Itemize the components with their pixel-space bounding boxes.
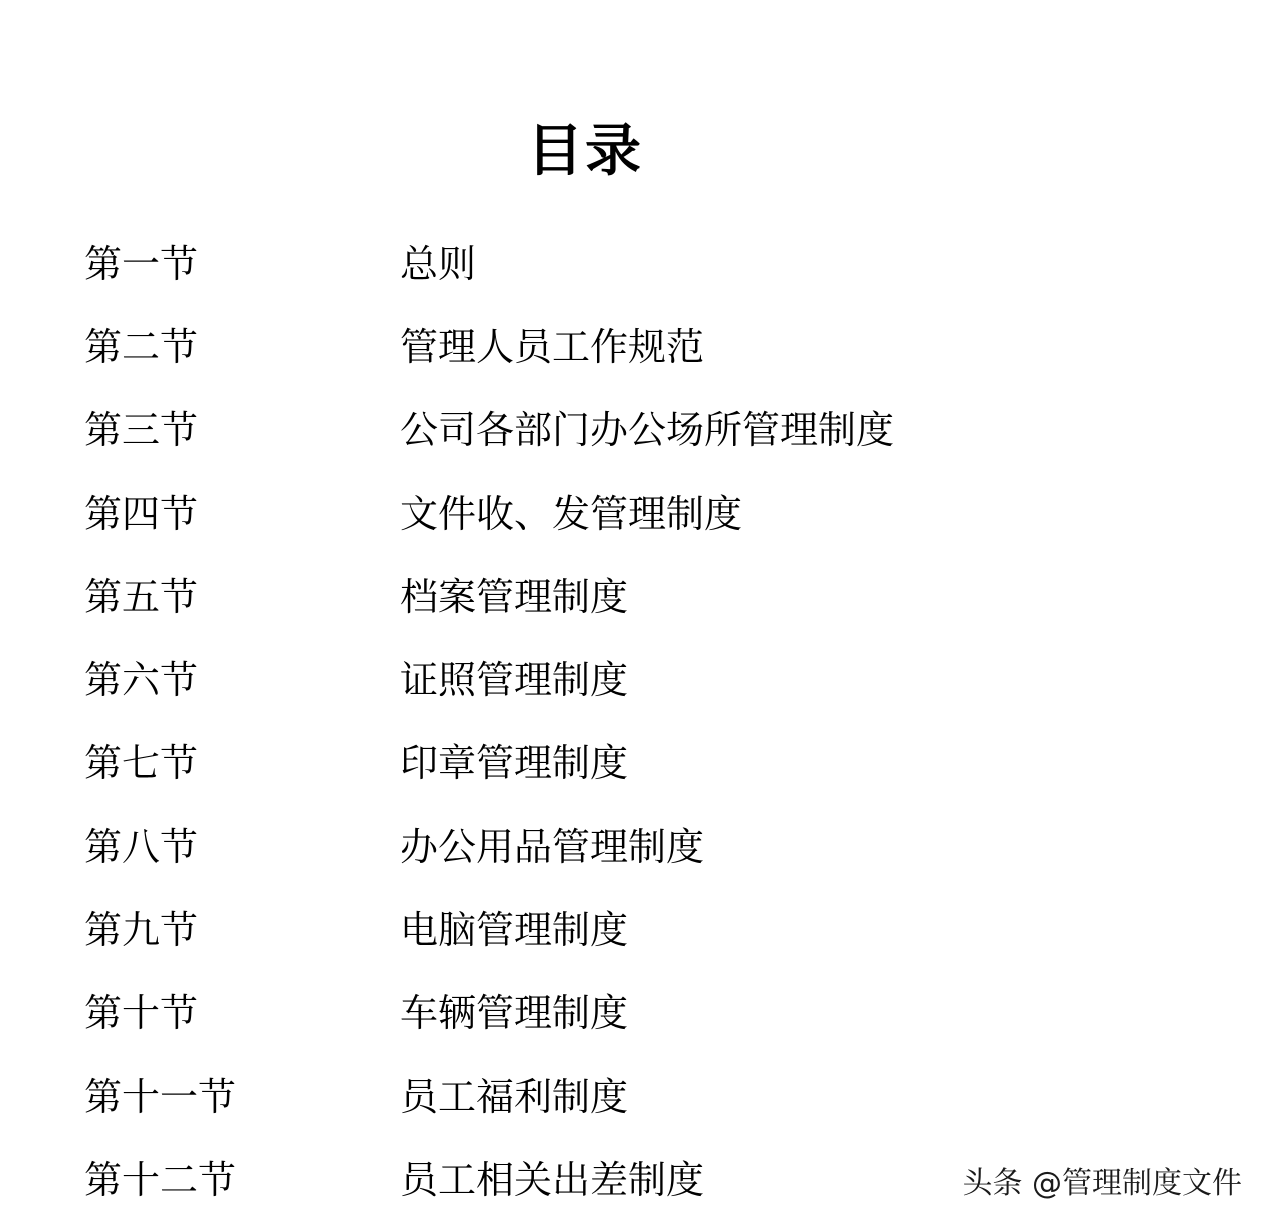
toc-entry: 第七节 印章管理制度 <box>84 722 1084 805</box>
document-page: 目录 第一节 总则 第二节 管理人员工作规范 第三节 公司各部门办公场所管理制度… <box>0 0 1272 1229</box>
page-title: 目录 <box>0 116 1170 186</box>
toc-section-number: 第八节 <box>84 822 400 872</box>
toc-entry: 第六节 证照管理制度 <box>84 638 1084 721</box>
toc-entry: 第八节 办公用品管理制度 <box>84 805 1084 888</box>
toc-entry: 第九节 电脑管理制度 <box>84 888 1084 971</box>
toc-section-number: 第一节 <box>84 239 400 289</box>
toc-section-title: 文件收、发管理制度 <box>400 489 742 539</box>
toc-section-title: 车辆管理制度 <box>400 988 628 1038</box>
toc-entry: 第十节 车辆管理制度 <box>84 972 1084 1055</box>
toc-section-number: 第十二节 <box>84 1155 400 1205</box>
toc-section-title: 员工相关出差制度 <box>400 1155 704 1205</box>
toc-section-number: 第五节 <box>84 572 400 622</box>
toc-section-title: 总则 <box>400 239 476 289</box>
toc-section-title: 电脑管理制度 <box>400 905 628 955</box>
toc-section-title: 员工福利制度 <box>400 1072 628 1122</box>
toc-section-number: 第三节 <box>84 405 400 455</box>
toc-entry: 第十二节 员工相关出差制度 <box>84 1138 1084 1221</box>
toc-section-number: 第九节 <box>84 905 400 955</box>
toc-section-title: 公司各部门办公场所管理制度 <box>400 405 894 455</box>
toc-section-title: 证照管理制度 <box>400 655 628 705</box>
toc-section-number: 第二节 <box>84 322 400 372</box>
source-watermark: 头条 @管理制度文件 <box>962 1164 1242 1204</box>
toc-entry: 第五节 档案管理制度 <box>84 555 1084 638</box>
toc-entry: 第十一节 员工福利制度 <box>84 1055 1084 1138</box>
toc-section-number: 第七节 <box>84 738 400 788</box>
toc-entry: 第一节 总则 <box>84 222 1084 305</box>
toc-section-number: 第六节 <box>84 655 400 705</box>
table-of-contents: 第一节 总则 第二节 管理人员工作规范 第三节 公司各部门办公场所管理制度 第四… <box>84 222 1084 1222</box>
toc-section-title: 办公用品管理制度 <box>400 822 704 872</box>
toc-entry: 第四节 文件收、发管理制度 <box>84 472 1084 555</box>
toc-section-title: 印章管理制度 <box>400 738 628 788</box>
toc-section-number: 第十一节 <box>84 1072 400 1122</box>
toc-entry: 第二节 管理人员工作规范 <box>84 305 1084 388</box>
toc-section-number: 第十节 <box>84 988 400 1038</box>
toc-section-title: 管理人员工作规范 <box>400 322 704 372</box>
toc-entry: 第三节 公司各部门办公场所管理制度 <box>84 389 1084 472</box>
toc-section-title: 档案管理制度 <box>400 572 628 622</box>
toc-section-number: 第四节 <box>84 489 400 539</box>
